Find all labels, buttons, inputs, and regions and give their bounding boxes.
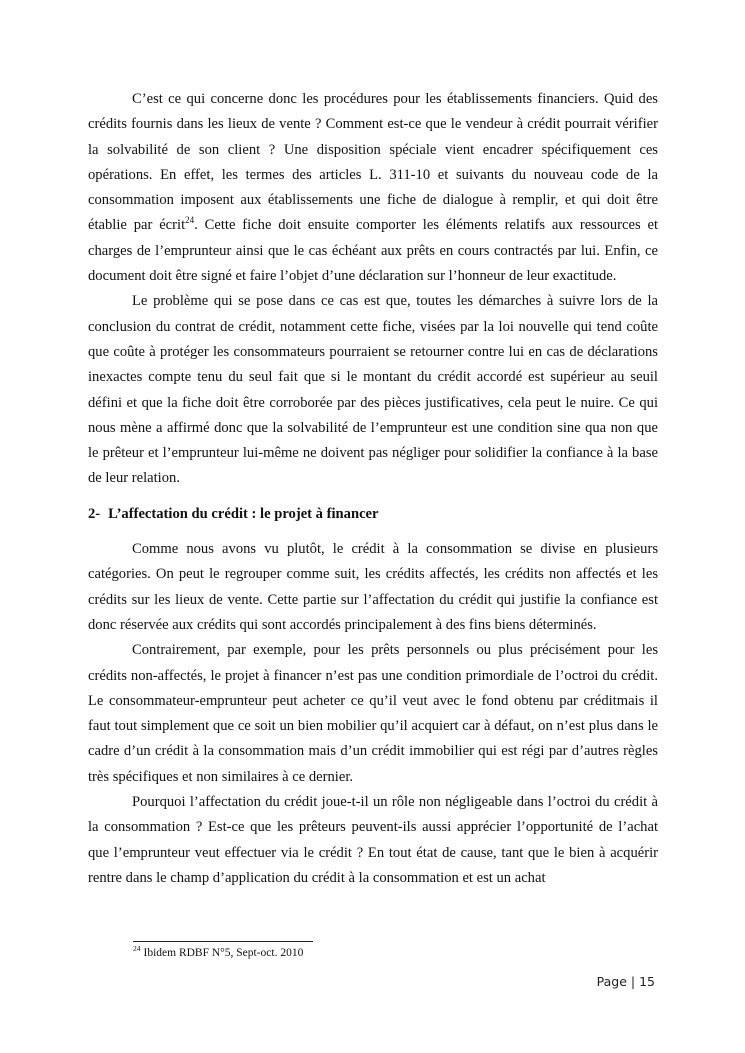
paragraph-2: Le problème qui se pose dans ce cas est … <box>88 289 658 491</box>
footnote-number: 24 <box>133 944 141 953</box>
footnote: 24Ibidem RDBF N°5, Sept-oct. 2010 <box>133 947 303 959</box>
section-title: L’affectation du crédit : le projet à fi… <box>108 506 378 522</box>
paragraph-4: Contrairement, par exemple, pour les prê… <box>88 638 658 790</box>
paragraph-5: Pourquoi l’affectation du crédit joue-t-… <box>88 790 658 891</box>
footnote-separator <box>133 941 313 942</box>
document-body: C’est ce qui concerne donc les procédure… <box>88 87 658 891</box>
section-number: 2- <box>88 506 100 522</box>
page-number: Page | 15 <box>597 974 655 989</box>
paragraph-3: Comme nous avons vu plutôt, le crédit à … <box>88 537 658 638</box>
document-page: C’est ce qui concerne donc les procédure… <box>0 0 745 1053</box>
footnote-reference[interactable]: 24 <box>185 216 194 226</box>
paragraph-1: C’est ce qui concerne donc les procédure… <box>88 87 658 289</box>
footnote-text: Ibidem RDBF N°5, Sept-oct. 2010 <box>144 947 304 959</box>
paragraph-text: C’est ce qui concerne donc les procédure… <box>88 91 658 233</box>
section-heading: 2-L’affectation du crédit : le projet à … <box>88 502 658 527</box>
